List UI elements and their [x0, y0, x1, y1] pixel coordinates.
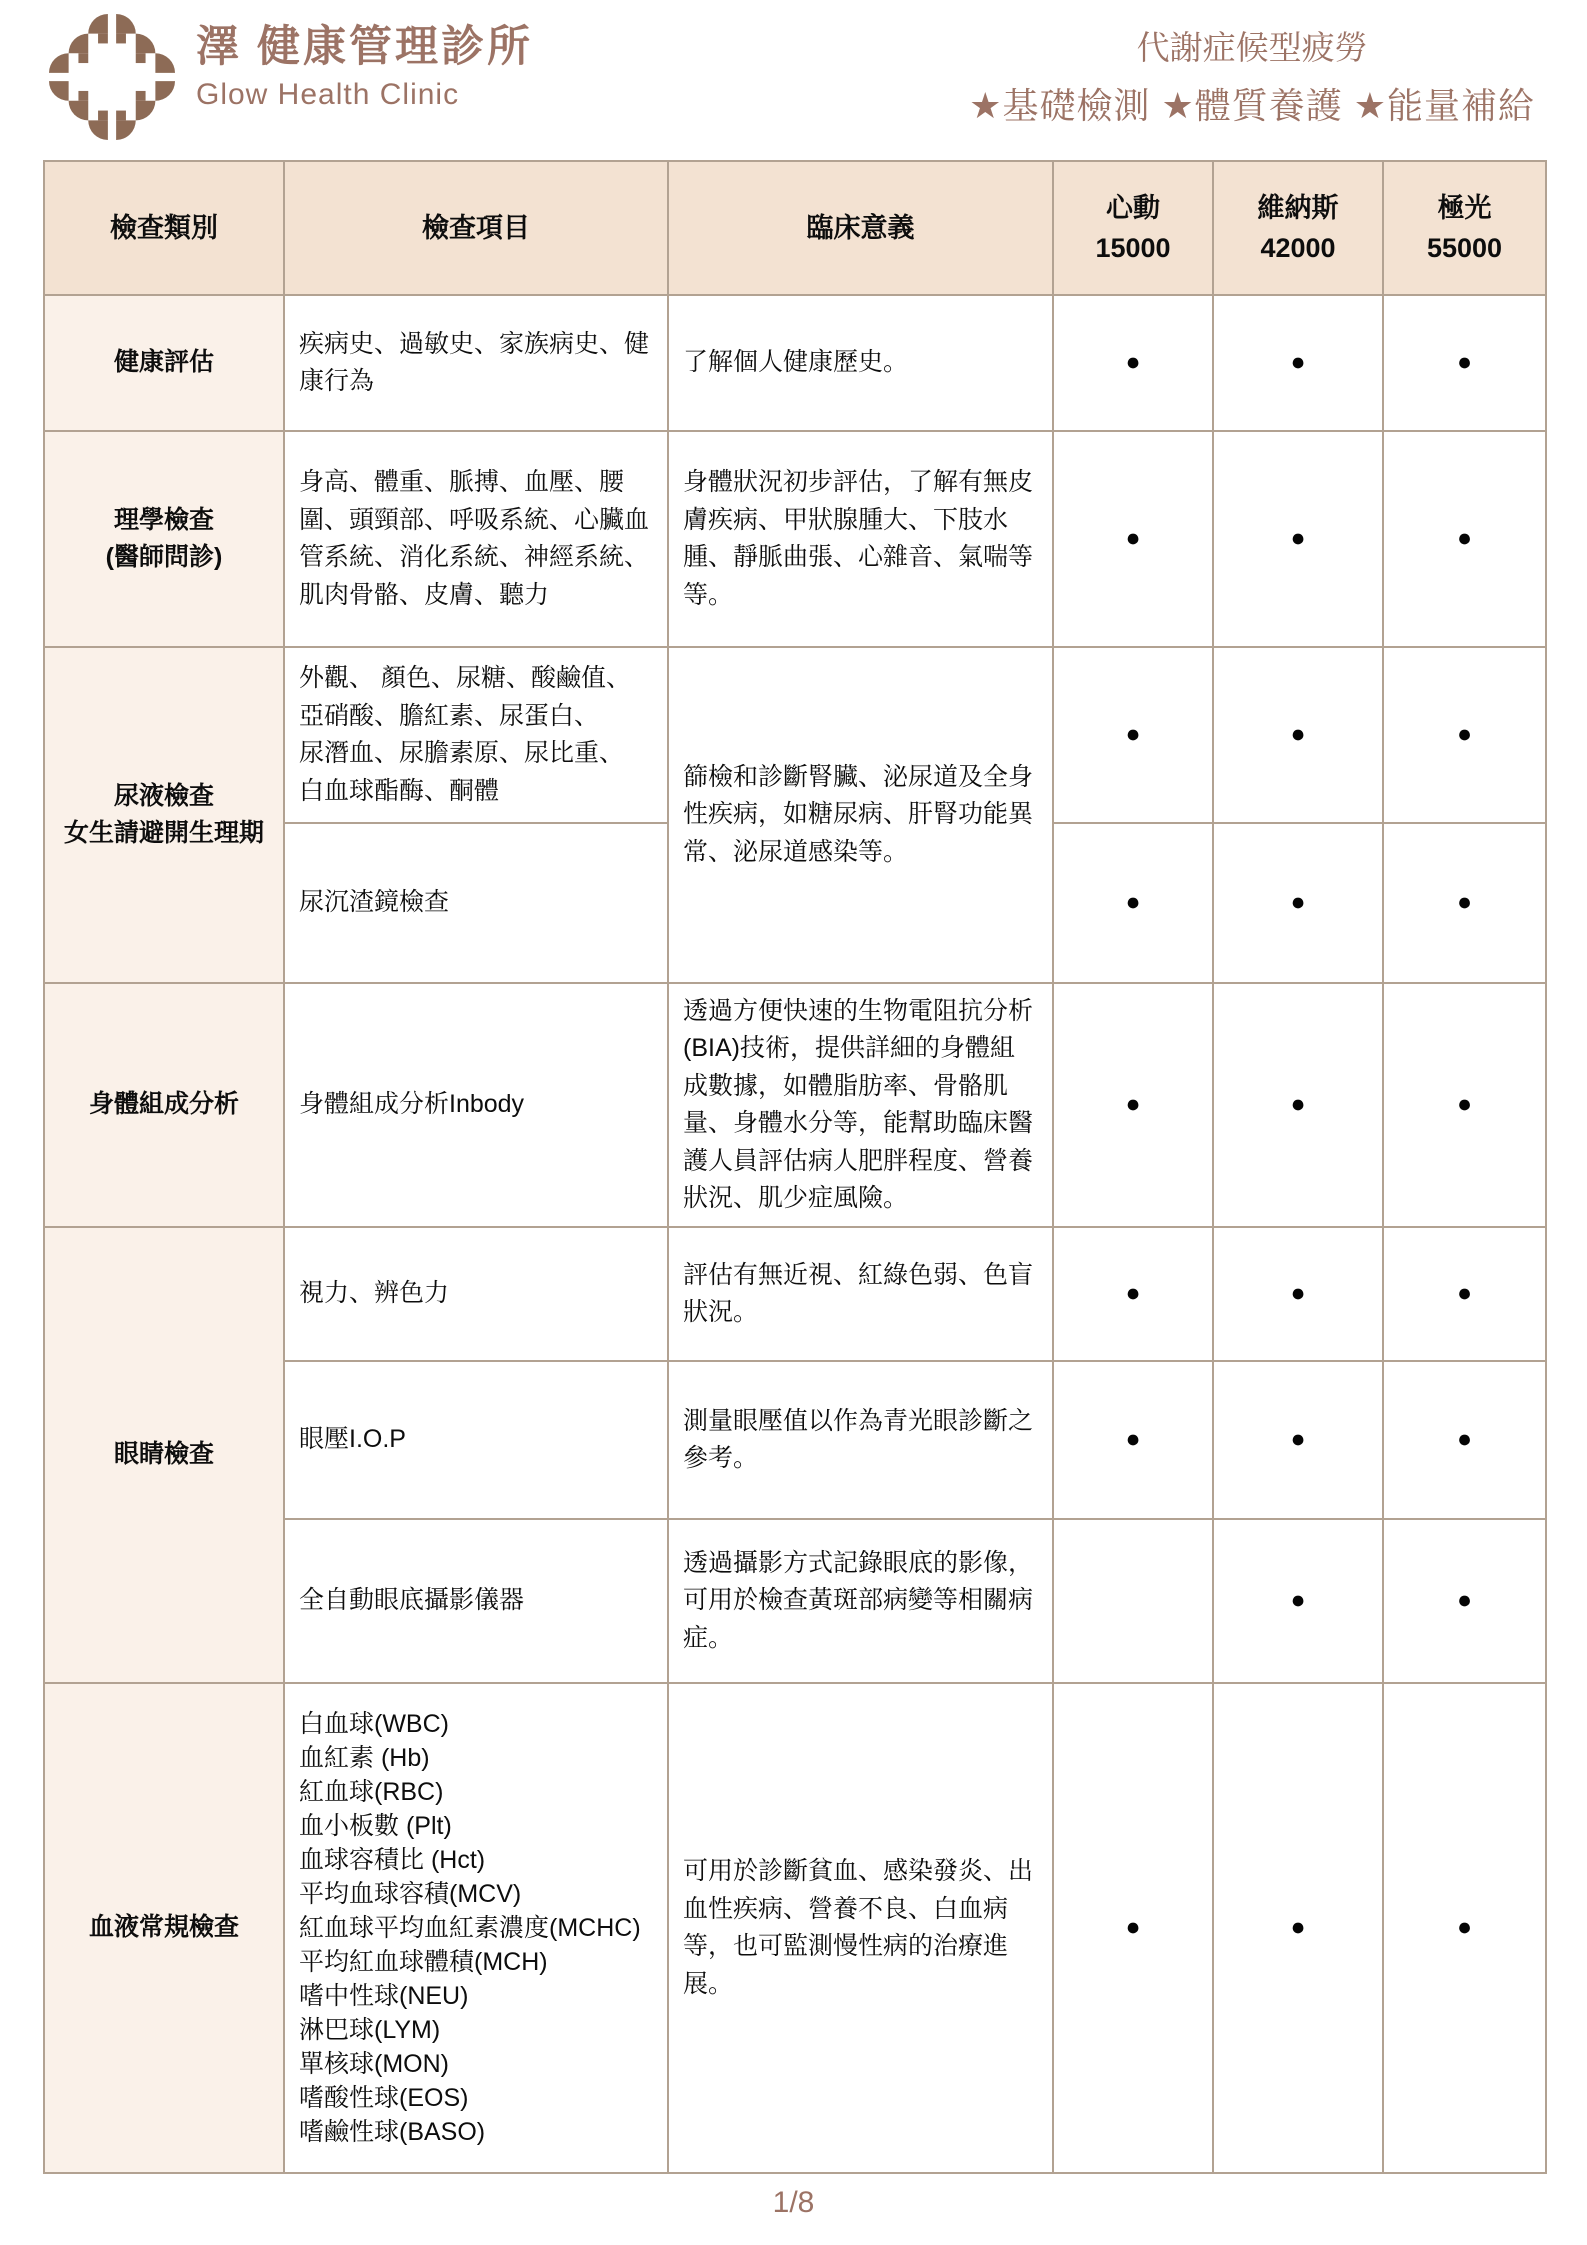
plan-3-mark: ● [1383, 1683, 1546, 2173]
plan-3-name: 極光 [1388, 188, 1541, 229]
meaning-cell: 透過攝影方式記錄眼底的影像，可用於檢查黃斑部病變等相關病症。 [668, 1519, 1053, 1683]
meaning-cell: 透過方便快速的生物電阻抗分析(BIA)技術，提供詳細的身體組成數據，如體脂肪率、… [668, 983, 1053, 1227]
plan-1-mark: ● [1053, 983, 1213, 1227]
item-cell: 外觀、 顏色、尿糖、酸鹼值、 亞硝酸、膽紅素、尿蛋白、 尿潛血、尿膽素原、尿比重… [284, 647, 668, 823]
meaning-cell: 篩檢和診斷腎臟、泌尿道及全身性疾病，如糖尿病、肝腎功能異常、泌尿道感染等。 [668, 647, 1053, 983]
plan-1-mark: ● [1053, 1361, 1213, 1519]
table-row: 理學檢查 (醫師問診) 身高、體重、脈搏、血壓、腰圍、頭頸部、呼吸系統、心臟血管… [44, 431, 1546, 647]
meaning-cell: 可用於診斷貧血、感染發炎、出血性疾病、營養不良、白血病等，也可監測慢性病的治療進… [668, 1683, 1053, 2173]
plan-2-mark: ● [1213, 647, 1383, 823]
category-cell: 尿液檢查 女生請避開生理期 [44, 647, 284, 983]
item-cell: 身高、體重、脈搏、血壓、腰圍、頭頸部、呼吸系統、心臟血管系統、消化系統、神經系統… [284, 431, 668, 647]
plan-3-mark: ● [1383, 983, 1546, 1227]
plan-1-mark [1053, 1519, 1213, 1683]
table-header-row: 檢查類別 檢查項目 臨床意義 心動 15000 維納斯 42000 極光 550… [44, 161, 1546, 295]
page-number: 1/8 [0, 2186, 1587, 2220]
plan-2-mark: ● [1213, 1519, 1383, 1683]
plan-2-mark: ● [1213, 295, 1383, 431]
clinic-brand: 澤 健康管理診所 Glow Health Clinic [196, 22, 533, 112]
table-row: 血液常規檢查 白血球(WBC) 血紅素 (Hb) 紅血球(RBC) 血小板數 (… [44, 1683, 1546, 2173]
plan-3-mark: ● [1383, 647, 1546, 823]
header-plan-3: 極光 55000 [1383, 161, 1546, 295]
meaning-cell: 了解個人健康歷史。 [668, 295, 1053, 431]
plan-features: ★基礎檢測 ★體質養護 ★能量補給 [969, 78, 1535, 129]
checkup-table: 檢查類別 檢查項目 臨床意義 心動 15000 維納斯 42000 極光 550… [43, 160, 1547, 2174]
item-cell: 全自動眼底攝影儀器 [284, 1519, 668, 1683]
item-cell: 尿沉渣鏡檢查 [284, 823, 668, 983]
category-cell: 身體組成分析 [44, 983, 284, 1227]
header-plan-2: 維納斯 42000 [1213, 161, 1383, 295]
plan-3-mark: ● [1383, 1361, 1546, 1519]
plan-1-mark: ● [1053, 295, 1213, 431]
plan-2-mark: ● [1213, 1361, 1383, 1519]
plan-title: 代謝症候型疲勞 [969, 28, 1535, 68]
plan-1-mark: ● [1053, 431, 1213, 647]
plan-1-mark: ● [1053, 647, 1213, 823]
item-cell: 身體組成分析Inbody [284, 983, 668, 1227]
clinic-name-zh: 澤 健康管理診所 [196, 22, 533, 74]
table-row: 身體組成分析 身體組成分析Inbody 透過方便快速的生物電阻抗分析(BIA)技… [44, 983, 1546, 1227]
plan-3-mark: ● [1383, 431, 1546, 647]
plan-1-mark: ● [1053, 1227, 1213, 1361]
plan-2-mark: ● [1213, 983, 1383, 1227]
page-header: 澤 健康管理診所 Glow Health Clinic 代謝症候型疲勞 ★基礎檢… [0, 0, 1587, 160]
meaning-cell: 評估有無近視、紅綠色弱、色盲狀況。 [668, 1227, 1053, 1361]
item-cell: 疾病史、過敏史、家族病史、健康行為 [284, 295, 668, 431]
category-cell: 血液常規檢查 [44, 1683, 284, 2173]
plan-1-name: 心動 [1058, 188, 1208, 229]
item-cell: 白血球(WBC) 血紅素 (Hb) 紅血球(RBC) 血小板數 (Plt) 血球… [284, 1683, 668, 2173]
header-category: 檢查類別 [44, 161, 284, 295]
plan-header: 代謝症候型疲勞 ★基礎檢測 ★體質養護 ★能量補給 [969, 28, 1535, 129]
table-row: 尿液檢查 女生請避開生理期 外觀、 顏色、尿糖、酸鹼值、 亞硝酸、膽紅素、尿蛋白… [44, 647, 1546, 823]
category-cell: 健康評估 [44, 295, 284, 431]
plan-2-mark: ● [1213, 431, 1383, 647]
plan-2-name: 維納斯 [1218, 188, 1378, 229]
table-row: 健康評估 疾病史、過敏史、家族病史、健康行為 了解個人健康歷史。 ● ● ● [44, 295, 1546, 431]
header-item: 檢查項目 [284, 161, 668, 295]
plan-3-mark: ● [1383, 1227, 1546, 1361]
plan-2-mark: ● [1213, 1683, 1383, 2173]
item-cell: 視力、辨色力 [284, 1227, 668, 1361]
plan-1-mark: ● [1053, 1683, 1213, 2173]
plan-3-mark: ● [1383, 1519, 1546, 1683]
category-cell: 眼睛檢查 [44, 1227, 284, 1683]
header-meaning: 臨床意義 [668, 161, 1053, 295]
table-row: 眼睛檢查 視力、辨色力 評估有無近視、紅綠色弱、色盲狀況。 ● ● ● [44, 1227, 1546, 1361]
item-cell: 眼壓I.O.P [284, 1361, 668, 1519]
category-cell: 理學檢查 (醫師問診) [44, 431, 284, 647]
meaning-cell: 身體狀況初步評估，了解有無皮膚疾病、甲狀腺腫大、下肢水腫、靜脈曲張、心雜音、氣喘… [668, 431, 1053, 647]
plan-1-mark: ● [1053, 823, 1213, 983]
header-plan-1: 心動 15000 [1053, 161, 1213, 295]
plan-3-mark: ● [1383, 823, 1546, 983]
plan-1-price: 15000 [1058, 228, 1208, 269]
meaning-cell: 測量眼壓值以作為青光眼診斷之參考。 [668, 1361, 1053, 1519]
clinic-logo-icon [48, 14, 176, 140]
clinic-name-en: Glow Health Clinic [196, 78, 533, 112]
plan-2-mark: ● [1213, 1227, 1383, 1361]
plan-3-mark: ● [1383, 295, 1546, 431]
plan-2-mark: ● [1213, 823, 1383, 983]
plan-2-price: 42000 [1218, 228, 1378, 269]
plan-3-price: 55000 [1388, 228, 1541, 269]
